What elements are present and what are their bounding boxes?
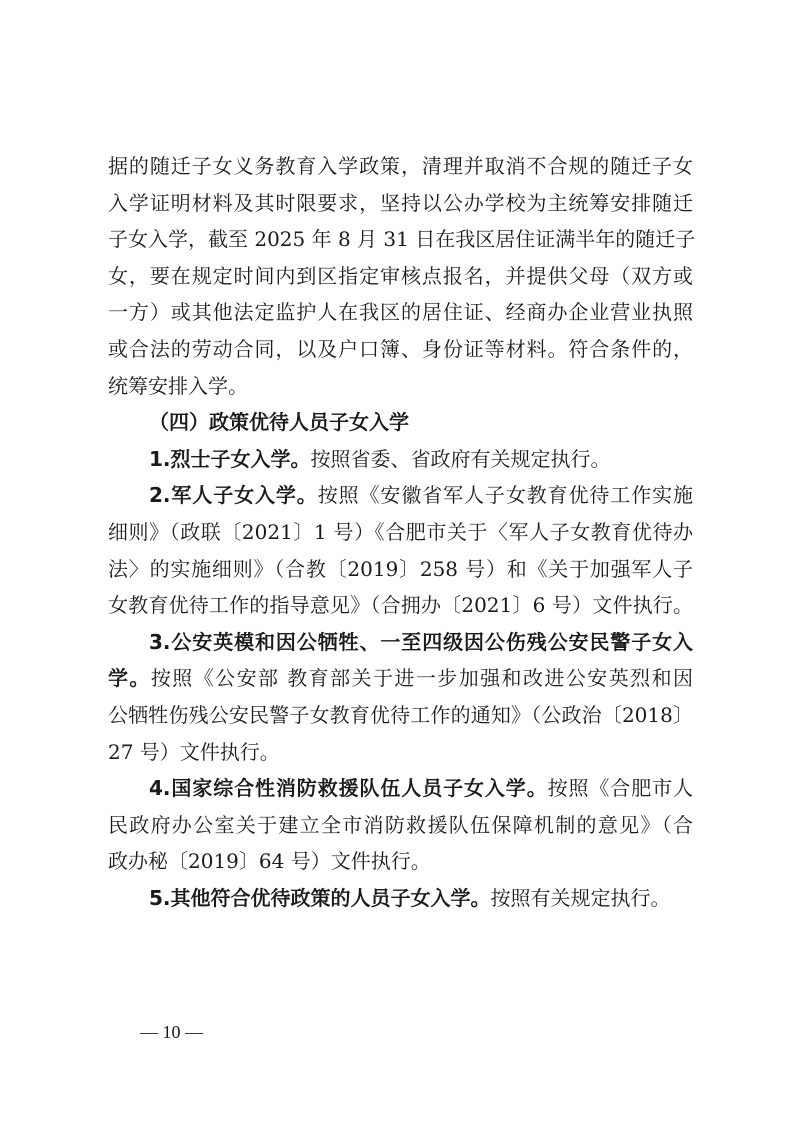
item-title: 4.国家综合性消防救援队伍人员子女入学。: [149, 776, 548, 800]
item-title: 2.军人子女入学。: [149, 483, 318, 507]
text-line: 2.军人子女入学。按照《安徽省军人子女教育优待工作实施: [108, 477, 693, 514]
text-line: 4.国家综合性消防救援队伍人员子女入学。按照《合肥市人: [108, 770, 693, 807]
list-item-4: 4.国家综合性消防救援队伍人员子女入学。按照《合肥市人 民政府办公室关于建立全市…: [108, 770, 693, 880]
text-line: 学。按照《公安部 教育部关于进一步加强和改进公安英烈和因: [108, 660, 693, 697]
text-line: 入学证明材料及其时限要求，坚持以公办学校为主统筹安排随迁: [108, 185, 693, 222]
item-title: 3.公安英模和因公牺牲、一至四级因公伤残公安民警子女入: [108, 624, 693, 661]
item-text: 按照《合肥市人: [548, 776, 693, 800]
text-line: 或合法的劳动合同，以及户口簿、身份证等材料。符合条件的，: [108, 331, 693, 368]
list-item-1: 1.烈士子女入学。按照省委、省政府有关规定执行。: [108, 441, 693, 478]
paragraph-continuation: 据的随迁子女义务教育入学政策，清理并取消不合规的随迁子女 入学证明材料及其时限要…: [108, 148, 693, 404]
text-line: 政办秘〔2019〕64 号）文件执行。: [108, 843, 693, 880]
text-line: 公牺牲伤残公安民警子女教育优待工作的通知》（公政治〔2018〕: [108, 697, 693, 734]
text-line: 据的随迁子女义务教育入学政策，清理并取消不合规的随迁子女: [108, 148, 693, 185]
item-title-cont: 学。: [108, 666, 151, 690]
text-line: 一方）或其他法定监护人在我区的居住证、经商办企业营业执照: [108, 294, 693, 331]
item-title: 5.其他符合优待政策的人员子女入学。: [149, 886, 491, 910]
list-item-2: 2.军人子女入学。按照《安徽省军人子女教育优待工作实施 细则》（政联〔2021〕…: [108, 477, 693, 623]
text-line: 子女入学，截至 2025 年 8 月 31 日在我区居住证满半年的随迁子: [108, 221, 693, 258]
section-heading: （四）政策优待人员子女入学: [108, 404, 693, 441]
text-line: 民政府办公室关于建立全市消防救援队伍保障机制的意见》（合: [108, 807, 693, 844]
text-line: 女，要在规定时间内到区指定审核点报名，并提供父母（双方或: [108, 258, 693, 295]
page-number: — 10 —: [140, 1022, 203, 1043]
text-line: 法〉的实施细则》（合教〔2019〕258 号）和《关于加强军人子: [108, 551, 693, 588]
list-item-5: 5.其他符合优待政策的人员子女入学。按照有关规定执行。: [108, 880, 693, 917]
text-line: 细则》（政联〔2021〕1 号）《合肥市关于〈军人子女教育优待办: [108, 514, 693, 551]
item-text: 按照《安徽省军人子女教育优待工作实施: [318, 483, 693, 507]
item-text: 按照有关规定执行。: [491, 886, 671, 910]
text-line: 27 号）文件执行。: [108, 734, 693, 771]
item-text: 按照《公安部 教育部关于进一步加强和改进公安英烈和因: [151, 666, 693, 690]
text-line: 女教育优待工作的指导意见》（合拥办〔2021〕6 号）文件执行。: [108, 587, 693, 624]
list-item-3: 3.公安英模和因公牺牲、一至四级因公伤残公安民警子女入 学。按照《公安部 教育部…: [108, 624, 693, 770]
item-text: 按照省委、省政府有关规定执行。: [311, 447, 611, 471]
item-title: 1.烈士子女入学。: [149, 447, 311, 471]
text-line: 统筹安排入学。: [108, 368, 693, 405]
document-body: 据的随迁子女义务教育入学政策，清理并取消不合规的随迁子女 入学证明材料及其时限要…: [108, 148, 693, 916]
